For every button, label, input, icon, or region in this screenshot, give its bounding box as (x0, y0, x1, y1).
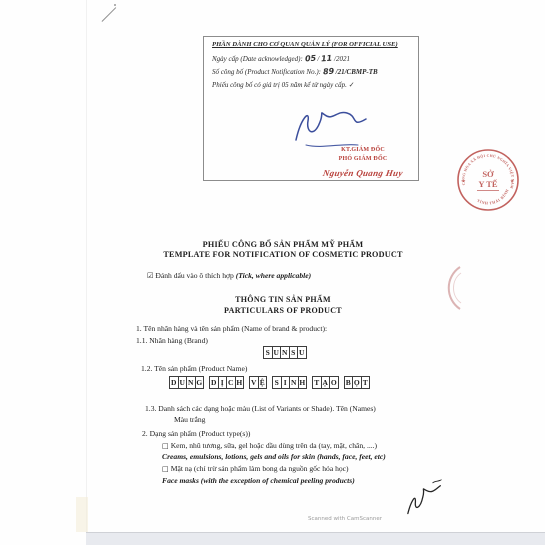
date-acknowledged-line: Ngày cấp (Date acknowledged): 05 / 11 /2… (212, 54, 350, 63)
notification-label: Số công bố (Product Notification No.): (212, 68, 321, 76)
pencil-mark (101, 7, 116, 22)
validity-text: Phiếu công bố có giá trị 05 năm kể từ ng… (212, 81, 347, 89)
letter-word: VỆ (249, 376, 266, 389)
field-product-type: 2. Dạng sản phẩm (Product type(s)) (142, 429, 250, 438)
notification-number-handwritten: 89 (322, 67, 334, 77)
product-type-option-2: □ Mặt nạ (chỉ trừ sản phẩm làm bong da n… (162, 464, 349, 473)
tick-instruction-vi: Đánh dấu vào ô thích hợp (153, 271, 235, 280)
date-year: /2021 (334, 55, 350, 63)
tick-instruction-en: (Tick, where applicable) (236, 271, 311, 280)
approval-subtitle: PHÓ GIÁM ĐỐC (318, 155, 408, 164)
letter-word: SUNSU (263, 346, 306, 359)
page-edge-line (86, 0, 87, 532)
product-type-option-1: □ Kem, nhũ tương, sữa, gel hoặc dầu dùng… (162, 441, 377, 450)
letter-word: BỌT (344, 376, 370, 389)
option1-label-en: Creams, emulsions, lotions, gels and oil… (162, 452, 386, 461)
document-title-en: TEMPLATE FOR NOTIFICATION OF COSMETIC PR… (103, 250, 463, 259)
letter-box: G (195, 376, 205, 389)
signer-name: Nguyễn Quang Huy (322, 168, 404, 178)
bottom-gray-bar (86, 532, 545, 545)
option2-label-vi: Mặt nạ (chỉ trừ sản phẩm làm bong da ngu… (169, 464, 349, 473)
field-brand: 1.1. Nhãn hàng (Brand) (136, 336, 208, 345)
letter-box: T (361, 376, 371, 389)
stamp-arc-bottom-text: TỈNH THÁI BÌNH (476, 188, 509, 205)
health-department-stamp-icon: CỘNG HÒA XÃ HỘI CHỦ NGHĨA VIỆT NAM TỈNH … (453, 145, 523, 215)
product-name-boxes: DUNGDỊCHVỆSINHTẠOBỌT (169, 376, 369, 389)
date-day-handwritten: 05 (304, 54, 316, 64)
option1-label-vi: Kem, nhũ tương, sữa, gel hoặc dầu dùng t… (169, 441, 377, 450)
brand-letter-boxes: SUNSU (263, 346, 306, 359)
stamp-center-line1: SỞ (482, 169, 494, 179)
date-slash: / (317, 55, 319, 63)
date-label: Ngày cấp (Date acknowledged): (212, 55, 303, 63)
pencil-dot (114, 4, 116, 6)
check-mark: ✓ (349, 80, 355, 89)
svg-text:TỈNH THÁI BÌNH: TỈNH THÁI BÌNH (476, 188, 509, 205)
letter-box: U (297, 346, 307, 359)
letter-word: DUNG (169, 376, 203, 389)
letter-word: TẠO (312, 376, 338, 389)
letter-box: Ệ (258, 376, 268, 389)
empty-checkbox-icon: □ (162, 441, 169, 450)
field-variants: 1.3. Danh sách các dạng hoặc màu (List o… (145, 404, 376, 413)
letter-box: H (298, 376, 308, 389)
director-signature-icon (290, 106, 370, 150)
tick-instruction-line: ☑ Đánh dấu vào ô thích hợp (Tick, where … (147, 271, 311, 280)
scanned-document-page: PHẦN DÀNH CHO CƠ QUAN QUẢN LÝ (FOR OFFIC… (0, 0, 545, 545)
letter-box: H (235, 376, 245, 389)
section-header-vi: THÔNG TIN SẢN PHẨM (103, 295, 463, 304)
notification-number-line: Số công bố (Product Notification No.): 8… (212, 67, 378, 76)
stamp-center-line2: Y TẾ (478, 179, 497, 189)
approval-title: KT.GIÁM ĐỐC (318, 146, 408, 155)
approval-block: KT.GIÁM ĐỐC PHÓ GIÁM ĐỐC Nguyễn Quang Hu… (318, 146, 408, 181)
section-header-en: PARTICULARS OF PRODUCT (103, 306, 463, 315)
letter-word: DỊCH (209, 376, 243, 389)
date-month-handwritten: 11 (321, 54, 333, 64)
empty-checkbox-icon: □ (162, 464, 169, 473)
handwritten-initial-icon (400, 479, 450, 519)
official-box-title: PHẦN DÀNH CHO CƠ QUAN QUẢN LÝ (FOR OFFIC… (212, 41, 398, 48)
camscanner-watermark: Scanned with CamScanner (280, 516, 410, 522)
option2-label-en: Face masks (with the exception of chemic… (162, 476, 355, 485)
notification-suffix: /21/CBMP-TB (336, 68, 378, 76)
page-edge-smudge (76, 497, 88, 532)
document-title-vi: PHIẾU CÔNG BỐ SẢN PHẨM MỸ PHẨM (103, 240, 463, 249)
letter-box: O (329, 376, 339, 389)
stamp-star-left: ★ (462, 179, 467, 184)
field-brand-and-product: 1. Tên nhãn hàng và tên sản phẩm (Name o… (136, 324, 327, 333)
field-product-name: 1.2. Tên sản phẩm (Product Name) (141, 364, 247, 373)
variant-value: Màu trắng (174, 415, 205, 424)
validity-line: Phiếu công bố có giá trị 05 năm kể từ ng… (212, 80, 355, 89)
letter-word: SINH (272, 376, 306, 389)
